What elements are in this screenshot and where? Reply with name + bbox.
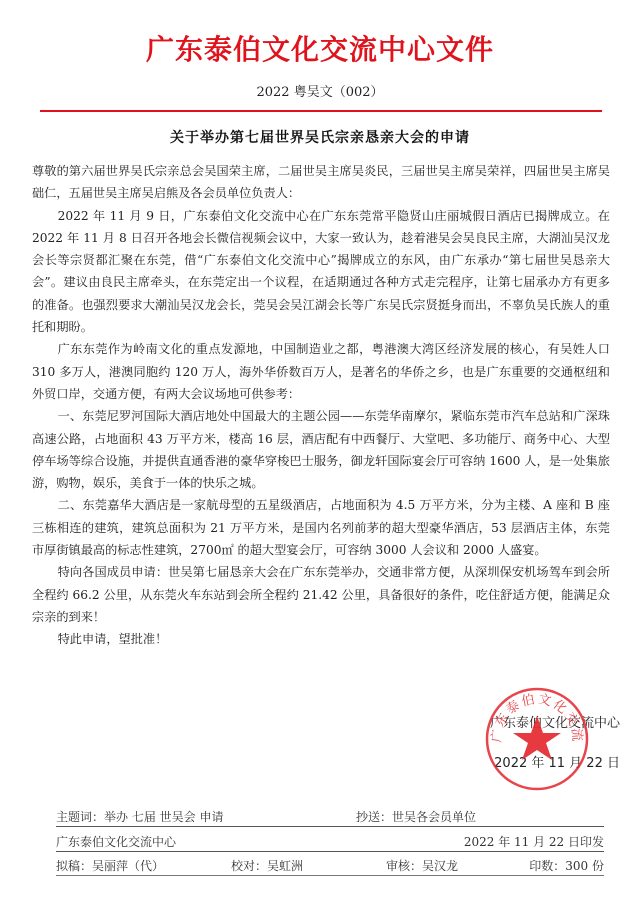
body-paragraph: 特向各国成员申请：世吴第七届恳亲大会在广东东莞举办，交通非常方便，从深圳保安机场… <box>32 561 610 628</box>
cc-recipients: 抄送：世吴各会员单位 <box>356 808 476 826</box>
body-paragraph: 广东东莞作为岭南文化的重点发源地，中国制造业之都，粤港澳大湾区经济发展的核心，有… <box>32 338 610 405</box>
body-paragraph: 二、东莞嘉华大酒店是一家航母型的五星级酒店，占地面积为 4.5 万平方米，分为主… <box>32 494 610 561</box>
red-divider-line <box>40 110 602 112</box>
closing-line: 特此申请，望批准！ <box>32 628 610 650</box>
footer-issuer: 广东泰伯文化交流中心 <box>56 833 176 851</box>
signing-organization: 广东泰伯文化交流中心 <box>490 712 620 731</box>
proofreader: 校对：吴虹洲 <box>231 857 303 875</box>
document-subject: 关于举办第七届世界吴氏宗亲恳亲大会的申请 <box>0 127 640 147</box>
document-body: 尊敬的第六届世界吴氏宗亲总会吴国荣主席，二届世吴主席吴炎民，三届世吴主席吴荣祥，… <box>32 160 610 651</box>
footer-staff-row: 拟稿：吴丽萍（代） 校对：吴虹洲 审核：吴汉龙 印数：300 份 <box>56 857 604 876</box>
print-copies: 印数：300 份 <box>529 857 604 875</box>
footer-keywords-row: 主题词：举办 七届 世吴会 申请 抄送：世吴各会员单位 <box>56 808 604 827</box>
body-paragraph: 2022 年 11 月 9 日，广东泰伯文化交流中心在广东东莞常平隐贤山庄丽城假… <box>32 205 610 339</box>
reviewer: 审核：吴汉龙 <box>386 857 458 875</box>
official-seal-icon: 广东泰伯文化交流中心 <box>484 686 590 792</box>
drafter: 拟稿：吴丽萍（代） <box>56 857 164 875</box>
body-paragraph: 一、东莞尼罗河国际大酒店地处中国最大的主题公园——东莞华南摩尔，紧临东莞市汽车总… <box>32 405 610 494</box>
signing-date: 2022 年 11 月 22 日 <box>494 752 620 771</box>
document-page: 广东泰伯文化交流中心文件 2022 粤吴文（002） 关于举办第七届世界吴氏宗亲… <box>0 0 640 906</box>
footer-issuer-row: 广东泰伯文化交流中心 2022 年 11 月 22 日印发 <box>56 833 604 852</box>
keywords: 主题词：举办 七届 世吴会 申请 <box>56 808 223 826</box>
document-number: 2022 粤吴文（002） <box>0 81 640 100</box>
print-date: 2022 年 11 月 22 日印发 <box>464 833 604 851</box>
salutation: 尊敬的第六届世界吴氏宗亲总会吴国荣主席，二届世吴主席吴炎民，三届世吴主席吴荣祥，… <box>32 160 610 205</box>
issuer-title: 广东泰伯文化交流中心文件 <box>0 28 640 68</box>
